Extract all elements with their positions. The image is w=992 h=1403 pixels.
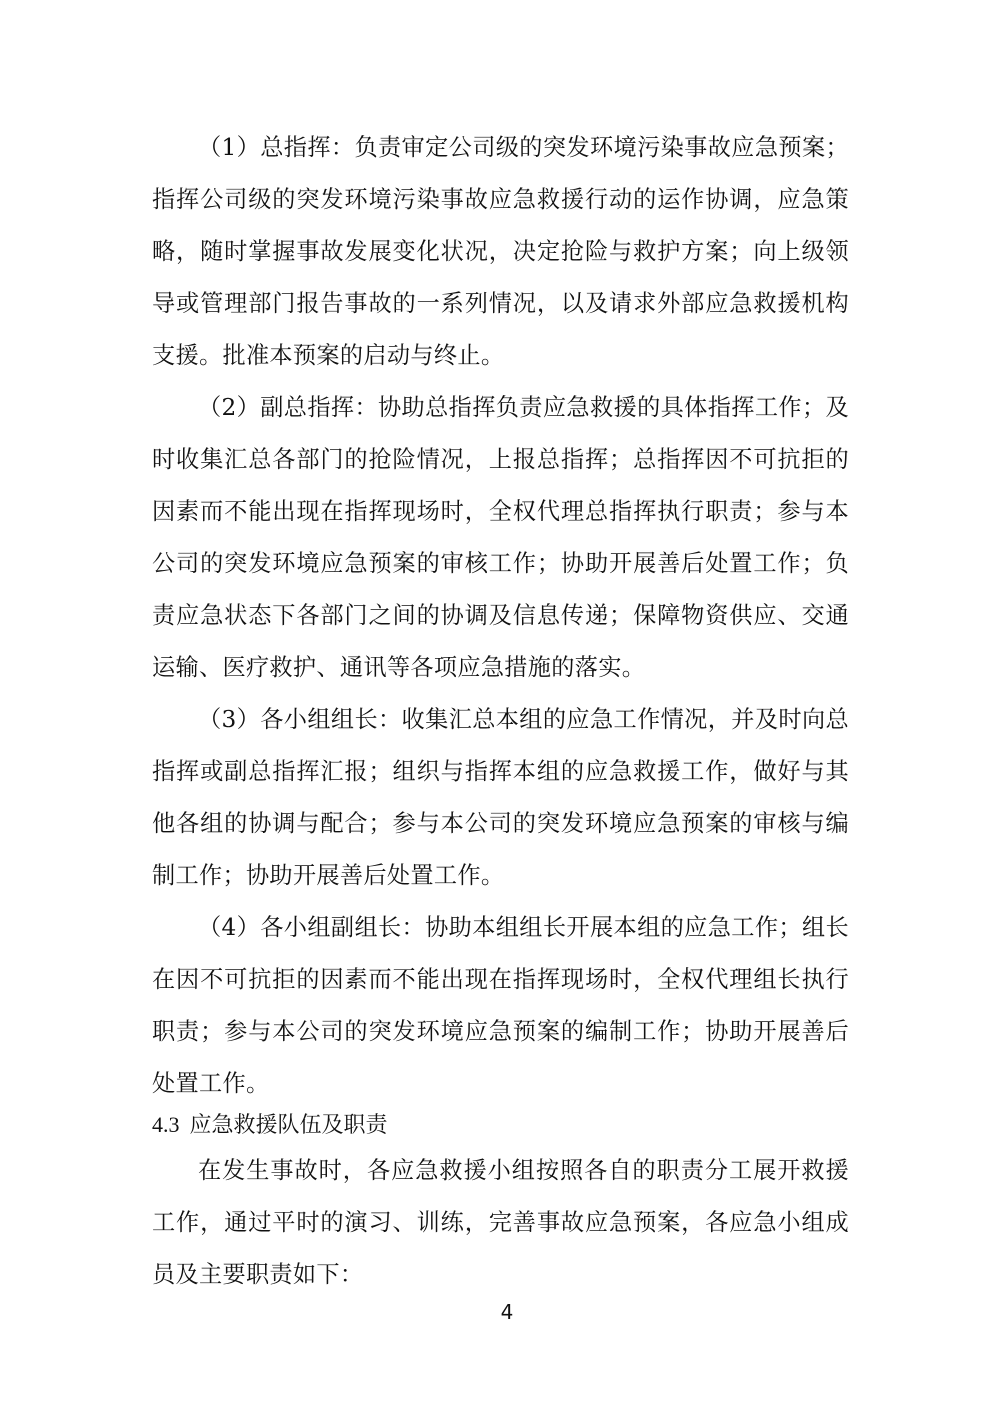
section-title: 应急救援队伍及职责 [190,1113,388,1138]
paragraph-commander: （1）总指挥：负责审定公司级的突发环境污染事故应急预案；指挥公司级的突发环境污染… [152,122,849,382]
page-number: 4 [0,1300,992,1324]
paragraph-deputy-group-leader: （4）各小组副组长：协助本组组长开展本组的应急工作；组长在因不可抗拒的因素而不能… [152,902,849,1110]
page-content: （1）总指挥：负责审定公司级的突发环境污染事故应急预案；指挥公司级的突发环境污染… [152,122,849,1301]
section-paragraph: 在发生事故时，各应急救援小组按照各自的职责分工展开救援工作，通过平时的演习、训练… [152,1145,849,1301]
section-number: 4.3 [152,1112,180,1137]
document-page: （1）总指挥：负责审定公司级的突发环境污染事故应急预案；指挥公司级的突发环境污染… [0,0,992,1403]
section-heading: 4.3应急救援队伍及职责 [152,1108,849,1143]
paragraph-group-leader: （3）各小组组长：收集汇总本组的应急工作情况，并及时向总指挥或副总指挥汇报；组织… [152,694,849,902]
paragraph-deputy-commander: （2）副总指挥：协助总指挥负责应急救援的具体指挥工作；及时收集汇总各部门的抢险情… [152,382,849,694]
